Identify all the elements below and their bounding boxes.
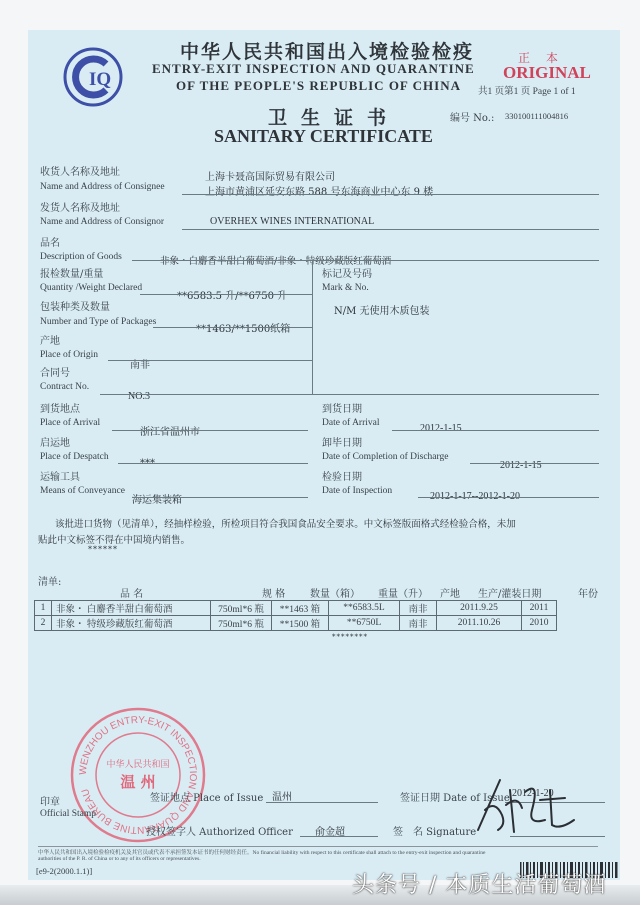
- list-stars: ********: [332, 633, 368, 641]
- stamp-label-en: Official Stamp: [40, 809, 96, 819]
- list-title: 清单:: [38, 573, 61, 588]
- table-row: 1 非象・ 白麝香半甜白葡萄酒 750ml*6 瓶 **1463 箱 **658…: [35, 601, 557, 616]
- statement-line-2: 贴此中文标签不得在中国境内销售。: [38, 532, 190, 546]
- officer-underline: [300, 836, 378, 837]
- packages-label-en: Number and Type of Packages: [40, 317, 156, 327]
- discharge-date-label-en: Date of Completion of Discharge: [322, 452, 448, 462]
- statement-stars: ******: [88, 545, 118, 554]
- arrival-place-label-cn: 到货地点: [40, 400, 80, 415]
- signature-label: 签 名 Signature: [393, 823, 476, 838]
- place-of-issue-value: 温州: [272, 788, 292, 803]
- place-of-issue-underline: [266, 802, 378, 803]
- quantity-underline: [140, 294, 312, 295]
- svg-text:IQ: IQ: [89, 69, 111, 90]
- goods-label-cn: 品名: [40, 234, 60, 249]
- list-header-date: 生产/灌装日期: [478, 585, 541, 600]
- despatch-label-en: Place of Despatch: [40, 452, 109, 462]
- contract-label-en: Contract No.: [40, 382, 89, 392]
- svg-text:中华人民共和国: 中华人民共和国: [106, 758, 169, 770]
- ciq-logo-icon: IQ: [62, 46, 124, 108]
- consignor-value: OVERHEX WINES INTERNATIONAL: [210, 216, 374, 227]
- arrival-date-label-en: Date of Arrival: [322, 418, 380, 428]
- goods-list-table: 1 非象・ 白麝香半甜白葡萄酒 750ml*6 瓶 **1463 箱 **658…: [34, 600, 557, 631]
- watermark: 头条号 / 本质生活葡萄酒: [352, 868, 606, 899]
- contract-value: NO.3: [128, 391, 150, 402]
- list-header-quantity: 数量（箱）: [310, 585, 360, 600]
- authority-title-cn: 中华人民共和国出入境检验检疫: [180, 37, 474, 64]
- conveyance-label-cn: 运输工具: [40, 468, 80, 483]
- contract-label-cn: 合同号: [40, 364, 70, 379]
- inspection-date-underline: [418, 497, 599, 498]
- list-header-year: 年份: [578, 585, 598, 600]
- packages-underline: [153, 327, 312, 328]
- authorized-officer-label: 授权签字人 Authorized Officer: [146, 823, 293, 838]
- certificate-title-en: SANITARY CERTIFICATE: [214, 126, 433, 147]
- contract-underline: [100, 394, 599, 395]
- consignor-label-cn: 发货人名称及地址: [40, 199, 120, 214]
- list-header-name: 品 名: [120, 585, 143, 600]
- conveyance-value: 海运集装箱: [132, 491, 182, 506]
- footer-disclaimer-1: 中华人民共和国出入境检验检疫机关及其官员或代表不承担签发本证书的任何财经责任。N…: [38, 848, 485, 856]
- certificate-number-label: 编号 No.:: [450, 109, 494, 124]
- page-info: 共1 页第1 页 Page 1 of 1: [478, 83, 576, 97]
- mark-value: N/M 无使用木质包装: [334, 302, 430, 317]
- place-of-issue-label: 签证地点 Place of Issue: [150, 789, 263, 804]
- despatch-underline: [118, 463, 308, 464]
- table-row: 2 非象・ 特级珍藏版红葡萄酒 750ml*6 瓶 **1500 箱 **675…: [35, 616, 557, 631]
- goods-underline: [132, 260, 599, 261]
- handwritten-signature-icon: [470, 770, 580, 840]
- consignee-label-en: Name and Address of Consignee: [40, 182, 165, 192]
- mark-box-divider: [312, 260, 313, 394]
- arrival-place-underline: [112, 430, 308, 431]
- mark-label-cn: 标记及号码: [322, 265, 372, 280]
- discharge-date-value: 2012-1-15: [500, 460, 542, 471]
- mark-label-en: Mark & No.: [322, 283, 369, 293]
- consignee-label-cn: 收货人名称及地址: [40, 163, 120, 178]
- list-header-volume: 重量（升）: [378, 585, 428, 600]
- inspection-date-label-en: Date of Inspection: [322, 486, 392, 496]
- origin-label-cn: 产地: [40, 332, 60, 347]
- certificate-number: 330100111004816: [505, 111, 568, 121]
- goods-label-en: Description of Goods: [40, 252, 122, 262]
- consignee-underline: [182, 194, 599, 195]
- consignor-underline: [182, 229, 599, 230]
- discharge-date-label-cn: 卸毕日期: [322, 434, 362, 449]
- list-header-spec: 规 格: [262, 585, 285, 600]
- consignee-address: 上海市黄浦区延安东路 588 号东海商业中心东 9 楼: [205, 183, 433, 198]
- statement-line-1: 该批进口货物（见清单），经抽样检验，所检项目符合我国食品安全要求。中文标签版面格…: [55, 516, 516, 530]
- origin-underline: [108, 360, 312, 361]
- quantity-label-cn: 报检数量/重量: [40, 265, 103, 280]
- stamp-label-cn: 印章: [40, 793, 60, 808]
- list-header-origin: 产地: [440, 585, 460, 600]
- arrival-place-label-en: Place of Arrival: [40, 418, 100, 428]
- consignee-name: 上海卡聂高国际贸易有限公司: [205, 168, 335, 183]
- authority-title-en-2: OF THE PEOPLE'S REPUBLIC OF CHINA: [176, 78, 461, 94]
- arrival-date-underline: [392, 430, 599, 431]
- origin-label-en: Place of Origin: [40, 350, 98, 360]
- quantity-label-en: Quantity /Weight Declared: [40, 283, 142, 293]
- arrival-date-label-cn: 到货日期: [322, 400, 362, 415]
- inspection-date-label-cn: 检验日期: [322, 468, 362, 483]
- arrival-date-value: 2012-1-15: [420, 423, 462, 434]
- form-code: [e9-2(2000.1.1)]: [36, 866, 92, 876]
- conveyance-label-en: Means of Conveyance: [40, 486, 125, 496]
- origin-value: 南非: [130, 356, 150, 371]
- footer-divider: [38, 846, 598, 847]
- consignor-label-en: Name and Address of Consignor: [40, 217, 164, 227]
- conveyance-underline: [132, 497, 308, 498]
- authority-title-en-1: ENTRY-EXIT INSPECTION AND QUARANTINE: [152, 61, 475, 77]
- despatch-label-cn: 启运地: [40, 434, 70, 449]
- discharge-date-underline: [470, 463, 599, 464]
- packages-label-cn: 包装种类及数量: [40, 298, 110, 313]
- original-label-en: ORIGINAL: [503, 63, 591, 83]
- footer-disclaimer-2: authorities of the P. R. of China or to …: [38, 856, 201, 862]
